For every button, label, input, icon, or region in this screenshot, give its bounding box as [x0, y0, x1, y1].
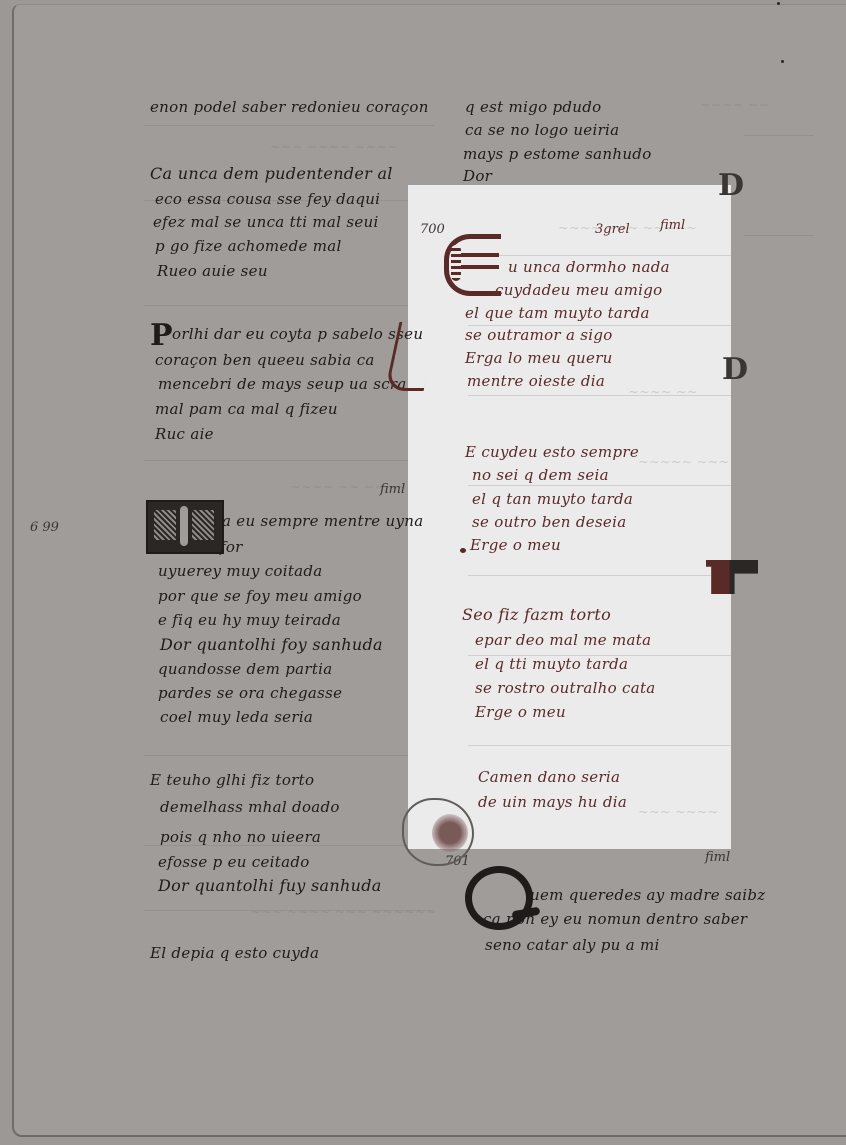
verse-line: quandosse dem partia: [158, 660, 333, 678]
margin-note: fiml: [380, 482, 405, 497]
paragraph-mark: [460, 548, 466, 553]
decorated-initial-E: [444, 234, 501, 296]
verse-line: E cuydeu esto sempre: [465, 443, 639, 461]
verse-line: Seo fiz fazm torto: [462, 605, 611, 624]
verse-line: a eu sempre mentre uyna: [222, 512, 423, 530]
verse-line: coel muy leda seria: [160, 708, 313, 726]
verse-line: eco essa cousa sse fey daqui: [155, 190, 380, 208]
verse-line: de uin mays hu dia: [478, 793, 627, 811]
verse-line: Dor: [463, 167, 492, 185]
verse-line: u unca dormho nada: [508, 258, 670, 276]
bleed-through-text: ~~~ ~~~~: [638, 805, 718, 820]
verse-line: Dor quantolhi fuy sanhuda: [158, 876, 382, 895]
margin-note: fiml: [660, 218, 685, 233]
verse-line: efez mal se unca tti mal seui: [153, 213, 379, 231]
decorated-initial-D: [146, 500, 224, 554]
verse-line: for: [220, 538, 243, 556]
verse-line: orlhi dar eu coyta p sabelo sseu: [172, 325, 423, 343]
verse-line: uem queredes ay madre saibz: [530, 886, 765, 904]
edge-initial: D: [718, 168, 744, 203]
verse-line: el que tam muyto tarda: [465, 304, 650, 322]
verse-line: El depia q esto cuyda: [150, 944, 319, 962]
verse-line: Ca unca dem pudentender al: [150, 164, 393, 183]
verse-line: ca non ey eu nomun dentro saber: [483, 910, 747, 928]
verse-line: el q tan muyto tarda: [472, 490, 633, 508]
verse-line: E teuho glhi fiz torto: [150, 771, 314, 789]
bleed-through-text: ~~~ ~~~~ ~~~ ~~~~~~: [250, 905, 437, 920]
verse-line: Dor quantolhi foy sanhuda: [160, 635, 383, 654]
verse-line: se rostro outralho cata: [475, 679, 656, 697]
verse-line: mays p estome sanhudo: [463, 145, 652, 163]
speck: [777, 2, 780, 5]
verse-line: el q tti muyto tarda: [475, 655, 628, 673]
verse-line: uyuerey muy coitada: [158, 562, 323, 580]
verse-line: se outro ben deseia: [472, 513, 626, 531]
initial-letter: P: [150, 318, 173, 353]
folio-number: 6 99: [30, 520, 59, 535]
ink-stain: [402, 798, 474, 866]
bleed-through-text: ~~~~ ~~: [700, 98, 770, 113]
verse-line: Erga lo meu queru: [465, 349, 613, 367]
verse-line: por que se foy meu amigo: [158, 587, 362, 605]
verse-line: efosse p eu ceitado: [158, 853, 310, 871]
verse-line: q est migo pdudo: [465, 98, 601, 116]
verse-line: mal pam ca mal q fizeu: [155, 400, 338, 418]
margin-note: 3grel: [595, 222, 630, 237]
verse-line: pardes se ora chegasse: [158, 684, 342, 702]
verse-line: mencebri de mays seup ua scra: [158, 375, 407, 393]
verse-line: Ruc aie: [155, 425, 214, 443]
verse-line: Camen dano seria: [478, 768, 620, 786]
verse-line: ca se no logo ueiria: [465, 121, 619, 139]
verse-line: Erge o meu: [470, 536, 561, 554]
verse-line: pois q nho no uieera: [160, 828, 321, 846]
edge-initial: D: [722, 352, 748, 387]
speck: [781, 60, 784, 63]
verse-line: se outramor a sigo: [465, 326, 613, 344]
verse-line: epar deo mal me mata: [475, 631, 651, 649]
verse-line: Rueo auie seu: [157, 262, 268, 280]
verse-line: e fiq eu hy muy teirada: [158, 611, 341, 629]
verse-line: no sei q dem seia: [472, 466, 609, 484]
verse-line: coraçon ben queeu sabia ca: [155, 351, 375, 369]
bleed-through-text: ~~~~~ ~~~: [638, 455, 729, 470]
verse-line: cuydadeu meu amigo: [495, 281, 663, 299]
bleed-through-text: ~~~ ~~~~ ~~~~: [270, 140, 398, 155]
verse-line: p go fize achomede mal: [155, 237, 342, 255]
verse-line: seno catar aly pu a mi: [485, 936, 660, 954]
margin-number-700: 700: [420, 222, 445, 237]
verse-line: enon podel saber redonieu coraçon: [150, 98, 429, 116]
verse-line: demelhass mhal doado: [160, 798, 340, 816]
margin-note: fiml: [705, 850, 730, 865]
verse-line: mentre oieste dia: [467, 372, 605, 390]
bleed-through-text: ~~~~ ~~: [628, 385, 698, 400]
verse-line: Erge o meu: [475, 703, 566, 721]
